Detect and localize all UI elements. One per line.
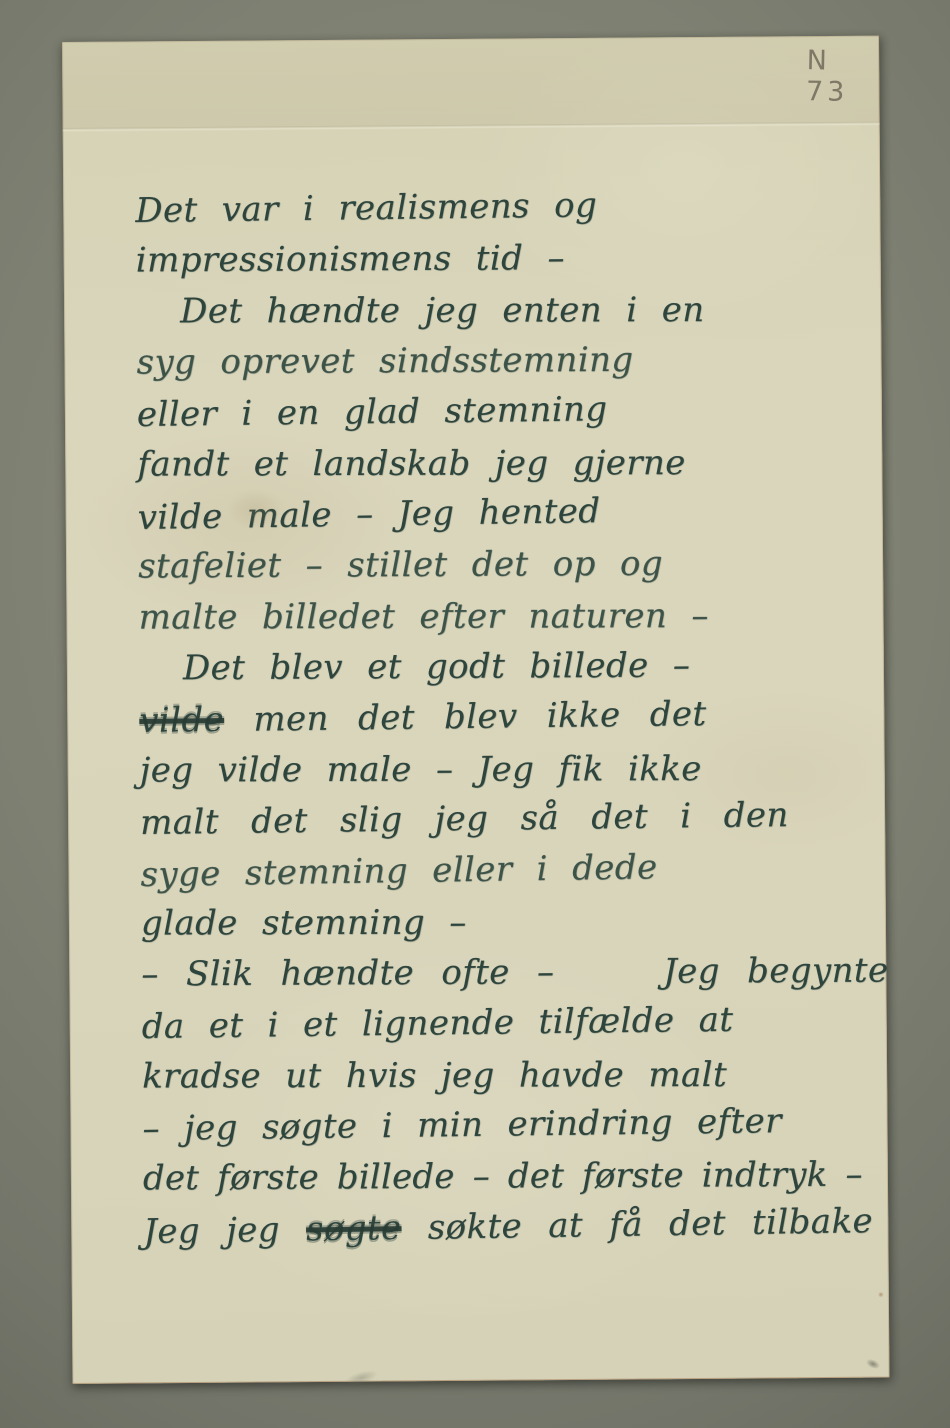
handwriting-segment: vilde male – Jeg hented [137,491,600,538]
manuscript-line: stafeliet – stillet det op og [138,543,868,598]
handwriting-segment: det første billede – det første indtryk … [143,1155,863,1199]
manuscript-line: syge stemning eller i dede [140,844,871,906]
manuscript-line: vilde men det blev ikke det [139,692,870,752]
handwriting-segment: men det blev ikke det [224,694,707,740]
manuscript-line: vilde male – Jeg hented [137,487,868,549]
manuscript-line: da et i et lignende tilfælde at [141,998,872,1058]
archive-number-pencil: N 73 [806,45,880,108]
handwriting-segment: – jeg søgte i min erindring efter [142,1101,782,1149]
manuscript-paper-sheet: N 73 Det var i realismens ogimpressionis… [62,36,890,1384]
handwriting-segment: syg oprevet sindsstemning [136,340,633,383]
handwriting-segment: jeg vilde male – Jeg fik ikke [140,749,702,790]
struck-through-word: søgte [306,1208,402,1249]
manuscript-line: syg oprevet sindsstemning [136,339,866,394]
handwriting-segment: da et i et lignende tilfælde at [141,1000,733,1047]
handwriting-segment: stafeliet – stillet det op og [138,544,663,587]
handwriting-segment: glade stemning – [141,903,467,944]
handwriting-segment: eller i en glad stemning [137,389,608,435]
manuscript-line: Det blev et godt billede – [139,645,869,700]
fold-crease [63,122,880,132]
manuscript-line: Det var i realismens og [135,182,866,242]
struck-through-word: vilde [139,700,224,741]
manuscript-line: kradse ut hvis jeg havde malt [142,1055,872,1108]
handwriting-segment: søkte at få det tilbake [401,1201,873,1248]
handwriting-segment: fandt et landskab jeg gjerne [137,443,686,484]
handwriting-segment: impressionismens tid – [136,238,565,280]
handwriting-segment: Det var i realismens og [135,185,597,231]
manuscript-lines: Det var i realismens ogimpressionismens … [135,184,873,1261]
handwriting-segment: kradse ut hvis jeg havde malt [142,1055,727,1097]
manuscript-line: – Slik hændte ofte – Jeg begynte [141,951,871,1006]
manuscript-line: Det hændte jeg enten i en [136,290,866,343]
manuscript-photo: N 73 Det var i realismens ogimpressionis… [0,0,950,1428]
manuscript-line: Jeg jeg søgte søkte at få det tilbake [143,1201,874,1263]
manuscript-line: impressionismens tid – [136,237,866,292]
manuscript-line: glade stemning – [141,902,871,955]
manuscript-line: jeg vilde male – Jeg fik ikke [140,749,870,802]
manuscript-line: malte billedet efter naturen – [138,596,868,649]
handwriting-segment: Det blev et godt billede – [183,646,690,689]
manuscript-line: – jeg søgte i min erindring efter [142,1100,873,1160]
manuscript-line: eller i en glad stemning [137,386,868,446]
manuscript-line: fandt et landskab jeg gjerne [137,443,867,496]
handwriting-segment: Det hændte jeg enten i en [180,290,705,331]
fold-band [62,36,880,128]
handwriting-segment: malte billedet efter naturen – [138,596,708,637]
foxing-speck [878,1292,884,1298]
handwriting-segment: syge stemning eller i dede [140,847,658,895]
manuscript-line: det første billede – det første indtryk … [143,1155,873,1210]
handwriting-segment: Jeg jeg [143,1210,306,1252]
handwriting-segment: malt det slig jeg så det i den [140,795,789,843]
smudge-mark [344,1367,380,1388]
handwriting-segment: – Slik hændte ofte – Jeg begynte [141,951,888,995]
